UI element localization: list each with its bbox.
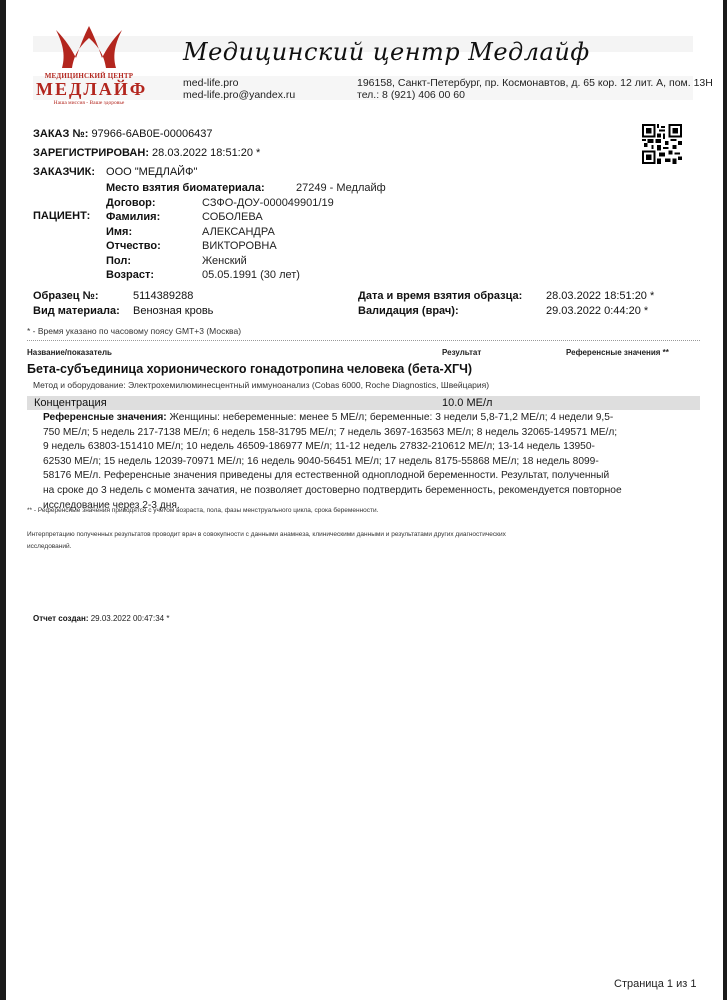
order-number: ЗАКАЗ №: 97966-6AB0E-00006437 [33,125,260,144]
field-label: Возраст: [106,268,202,283]
sample-info-right: Дата и время взятия образца: 28.03.2022 … [358,289,654,319]
field-label: Фамилия: [106,210,202,225]
field-value: АЛЕКСАНДРА [202,225,275,240]
result-value: 10.0 МЕ/л [442,396,492,410]
clinic-title: Медицинский центр Медлайф [183,38,590,66]
timezone-note: * - Время указано по часовому поясу GMT+… [27,326,241,336]
crown-logo-icon [52,24,126,70]
phone: тел.: 8 (921) 406 00 60 [357,89,713,101]
sample-number-value: 5114389288 [133,289,193,304]
report-created: Отчет создан: 29.03.2022 00:47:34 * [33,614,169,623]
customer-value: ООО "МЕДЛАЙФ" [106,166,197,178]
field-value: СОБОЛЕВА [202,210,263,225]
field-label: Отчество: [106,239,202,254]
order-customer: ЗАКАЗЧИК: ООО "МЕДЛАЙФ" [33,163,260,182]
sample-taken-value: 28.03.2022 18:51:20 * [546,289,654,304]
reference-values: Референсные значения: Женщины: неберемен… [43,411,623,513]
address: 196158, Санкт-Петербург, пр. Космонавтов… [357,77,713,89]
logo-slogan: Наша миссия - Ваше здоровье [36,100,142,106]
field-value: СЗФО-ДОУ-000049901/19 [202,196,334,211]
logo: МЕДИЦИНСКИЙ ЦЕНТР МЕДЛАЙФ Наша миссия - … [36,24,142,114]
patient-section-label: ПАЦИЕНТ: [33,210,90,222]
viewer-edge-right [723,0,727,1000]
qr-code-icon [641,124,683,164]
validation-value: 29.03.2022 0:44:20 * [546,304,648,319]
patient-field-contract: Договор: СЗФО-ДОУ-000049901/19 [106,196,386,211]
email-link[interactable]: med-life.pro@yandex.ru [183,89,295,101]
validation-label: Валидация (врач): [358,304,546,319]
patient-field-surname: Фамилия: СОБОЛЕВА [106,210,386,225]
viewer-edge-left [0,0,6,1000]
page-number: Страница 1 из 1 [614,978,696,990]
customer-label: ЗАКАЗЧИК: [33,166,95,178]
patient-field-age: Возраст: 05.05.1991 (30 лет) [106,268,386,283]
patient-details: Место взятия биоматериала: 27249 - Медла… [106,181,386,283]
patient-field-sex: Пол: Женский [106,254,386,269]
order-number-value: 97966-6AB0E-00006437 [91,128,212,140]
divider [27,340,700,341]
contacts-web: med-life.pro med-life.pro@yandex.ru [183,77,295,101]
sample-info-left: Образец №: 5114389288 Вид материала: Вен… [33,289,213,319]
order-registered: ЗАРЕГИСТРИРОВАН: 28.03.2022 18:51:20 * [33,144,260,163]
field-value: ВИКТОРОВНА [202,239,277,254]
order-number-label: ЗАКАЗ №: [33,128,88,140]
material-label: Вид материала: [33,304,133,319]
patient-field-patronymic: Отчество: ВИКТОРОВНА [106,239,386,254]
column-header-reference: Референсные значения ** [566,348,669,357]
field-label: Имя: [106,225,202,240]
order-info: ЗАКАЗ №: 97966-6AB0E-00006437 ЗАРЕГИСТРИ… [33,125,260,182]
field-value: Женский [202,254,247,269]
field-label: Место взятия биоматериала: [106,181,296,196]
field-value: 05.05.1991 (30 лет) [202,268,300,283]
field-label: Договор: [106,196,202,211]
reference-text: Женщины: небеременные: менее 5 МЕ/л; бер… [43,412,622,511]
material-value: Венозная кровь [133,304,213,319]
website-link[interactable]: med-life.pro [183,77,295,89]
patient-field-name: Имя: АЛЕКСАНДРА [106,225,386,240]
field-label: Пол: [106,254,202,269]
column-header-result: Результат [442,348,481,357]
report-created-label: Отчет создан: [33,614,89,623]
registered-value: 28.03.2022 18:51:20 * [152,147,260,159]
logo-name: МЕДЛАЙФ [36,80,142,98]
reference-footnote: ** - Референсные значения приводятся с у… [27,507,378,514]
sample-number-label: Образец №: [33,289,133,304]
interpretation-note: Интерпретацию полученных результатов про… [27,529,527,553]
result-name: Концентрация [34,396,107,410]
field-value: 27249 - Медлайф [296,181,386,196]
result-row: Концентрация 10.0 МЕ/л [27,396,700,410]
reference-label: Референсные значения: [43,412,167,423]
report-created-value: 29.03.2022 00:47:34 * [89,614,170,623]
sample-taken-label: Дата и время взятия образца: [358,289,546,304]
column-header-name: Название/показатель [27,348,112,357]
registered-label: ЗАРЕГИСТРИРОВАН: [33,147,149,159]
test-name: Бета-субъединица хорионического гонадотр… [27,362,472,376]
contacts-address: 196158, Санкт-Петербург, пр. Космонавтов… [357,77,713,101]
test-method: Метод и оборудование: Электрохемилюминес… [33,380,489,390]
patient-field-location: Место взятия биоматериала: 27249 - Медла… [106,181,386,196]
